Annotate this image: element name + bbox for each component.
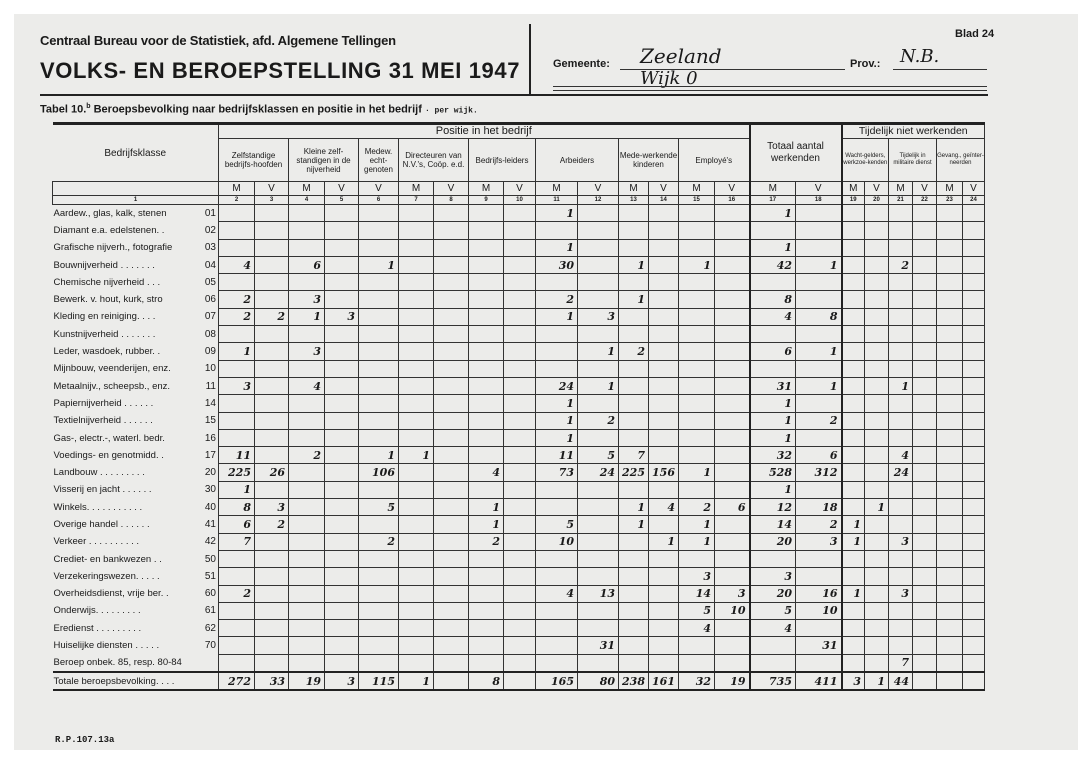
cell-value	[255, 447, 289, 464]
cell-value: 156	[649, 464, 679, 481]
row-code: 03	[205, 242, 216, 253]
cell-value	[219, 568, 255, 585]
row-code: 09	[205, 346, 216, 357]
cell-value: 42	[750, 256, 796, 273]
cell-value	[399, 326, 434, 343]
row-code: 41	[205, 519, 216, 530]
cell-value	[679, 274, 715, 291]
cell-value	[434, 447, 469, 464]
cell-value: 1	[750, 412, 796, 429]
sheet-number: Blad 24	[955, 28, 994, 40]
cell-value	[963, 447, 985, 464]
cell-value	[649, 568, 679, 585]
cell-value	[399, 308, 434, 325]
cell-value	[399, 620, 434, 637]
cell-value	[913, 654, 937, 672]
row-label: Chemische nijverheid . . .05	[53, 274, 219, 291]
cell-value	[865, 429, 889, 446]
column-number: 3	[255, 196, 289, 205]
cell-value	[963, 308, 985, 325]
cell-value	[219, 274, 255, 291]
cell-value: 1	[619, 291, 649, 308]
cell-value: 4	[219, 256, 255, 273]
sex-header: M	[889, 182, 913, 196]
cell-value	[963, 429, 985, 446]
cell-value	[963, 222, 985, 239]
cell-value	[937, 481, 963, 498]
row-code: 40	[205, 502, 216, 513]
cell-value	[325, 274, 359, 291]
cell-value	[715, 326, 750, 343]
row-label-text: Gas-, electr.-, waterl. bedr.	[54, 433, 165, 444]
sex-header: M	[937, 182, 963, 196]
table-row: Bewerk. v. hout, kurk, stro0623218	[53, 291, 985, 308]
cell-value	[289, 222, 325, 239]
cell-value	[842, 360, 865, 377]
cell-value	[619, 533, 649, 550]
cell-value	[434, 637, 469, 654]
cell-value: 1	[842, 533, 865, 550]
cell-value	[715, 291, 750, 308]
cell-value	[715, 481, 750, 498]
cell-value	[289, 637, 325, 654]
cell-value: 1	[359, 256, 399, 273]
cell-value	[255, 637, 289, 654]
cell-value	[536, 550, 578, 567]
cell-value	[504, 274, 536, 291]
row-label: Leder, wasdoek, rubber. .09	[53, 343, 219, 360]
cell-value: 1	[578, 343, 619, 360]
column-number: 2	[219, 196, 255, 205]
cell-value	[578, 533, 619, 550]
table-caption: Tabel 10.b Beroepsbevolking naar bedrijf…	[40, 103, 478, 116]
row-label: Verkeer . . . . . . . . . .42	[53, 533, 219, 550]
cell-value: 2	[469, 533, 504, 550]
cell-value	[399, 274, 434, 291]
cell-value	[889, 568, 913, 585]
row-label: Kunstnijverheid . . . . . . .08	[53, 326, 219, 343]
cell-value	[619, 222, 649, 239]
cell-value: 1	[865, 672, 889, 690]
cell-value: 6	[289, 256, 325, 273]
cell-value	[842, 429, 865, 446]
cell-value: 24	[578, 464, 619, 481]
cell-value	[937, 239, 963, 256]
cell-value: 4	[536, 585, 578, 602]
cell-value	[289, 533, 325, 550]
cell-value	[649, 291, 679, 308]
row-label-text: Eredienst . . . . . . . . .	[54, 623, 142, 634]
cell-value	[255, 360, 289, 377]
cell-value	[469, 602, 504, 619]
cell-value	[715, 533, 750, 550]
cell-value	[715, 464, 750, 481]
cell-value	[325, 205, 359, 222]
cell-value	[504, 568, 536, 585]
cell-value	[649, 620, 679, 637]
cell-value	[889, 222, 913, 239]
form-code: R.P.107.13a	[55, 735, 114, 745]
cell-value	[399, 205, 434, 222]
row-label-text: Grafische nijverh., fotografie	[54, 242, 173, 253]
cell-value	[469, 429, 504, 446]
cell-value	[913, 516, 937, 533]
row-label-text: Voedings- en genotmidd. .	[54, 450, 164, 461]
sex-header: M	[536, 182, 578, 196]
cell-value: 3	[679, 568, 715, 585]
cell-value	[359, 222, 399, 239]
cell-value	[865, 326, 889, 343]
cell-value: 1	[750, 205, 796, 222]
cell-value: 3	[578, 308, 619, 325]
gemeente-field: Zeeland	[640, 44, 722, 68]
cell-value	[865, 239, 889, 256]
cell-value	[255, 256, 289, 273]
cell-value	[578, 516, 619, 533]
cell-value	[504, 239, 536, 256]
cell-value	[434, 585, 469, 602]
cell-value	[715, 377, 750, 394]
cell-value	[289, 550, 325, 567]
cell-value	[913, 585, 937, 602]
cell-value	[325, 412, 359, 429]
cell-value	[865, 533, 889, 550]
row-label-text: Bouwnijverheid . . . . . . .	[54, 260, 155, 271]
cell-value	[469, 205, 504, 222]
cell-value: 8	[750, 291, 796, 308]
column-number: 4	[289, 196, 325, 205]
table-row: Verkeer . . . . . . . . . .4272210112031…	[53, 533, 985, 550]
cell-value	[434, 239, 469, 256]
cell-value	[359, 602, 399, 619]
cell-value	[469, 550, 504, 567]
cell-value	[963, 343, 985, 360]
cell-value	[578, 256, 619, 273]
sex-header: M	[289, 182, 325, 196]
cell-value	[649, 343, 679, 360]
cell-value	[913, 291, 937, 308]
cell-value	[289, 602, 325, 619]
row-code: 17	[205, 450, 216, 461]
cell-value: 1	[536, 412, 578, 429]
cell-value	[865, 291, 889, 308]
cell-value	[679, 205, 715, 222]
column-number: 17	[750, 196, 796, 205]
totaal-header: Totaal aantal werkenden	[750, 124, 842, 182]
cell-value	[649, 412, 679, 429]
cell-value	[889, 343, 913, 360]
niet-werkenden-header: Tijdelijk niet werkenden	[842, 124, 985, 139]
provincie-field: N.B.	[900, 46, 939, 67]
cell-value	[434, 550, 469, 567]
cell-value	[865, 602, 889, 619]
cell-value	[399, 256, 434, 273]
cell-value	[963, 602, 985, 619]
cell-value	[504, 429, 536, 446]
cell-value	[536, 654, 578, 672]
cell-value: 3	[219, 377, 255, 394]
cell-value	[865, 343, 889, 360]
cell-value	[504, 291, 536, 308]
row-code: 62	[205, 623, 216, 634]
cell-value	[359, 481, 399, 498]
cell-value	[796, 568, 842, 585]
cell-value	[359, 654, 399, 672]
cell-value	[325, 291, 359, 308]
cell-value	[889, 602, 913, 619]
cell-value	[842, 654, 865, 672]
table-row: Huiselijke diensten . . . . .703131	[53, 637, 985, 654]
row-code: 14	[205, 398, 216, 409]
cell-value	[937, 256, 963, 273]
cell-value	[842, 464, 865, 481]
table-row: Visserij en jacht . . . . . .3011	[53, 481, 985, 498]
cell-value	[937, 308, 963, 325]
cell-value	[649, 585, 679, 602]
row-label: Kleding en reiniging. . . .07	[53, 308, 219, 325]
cell-value	[325, 222, 359, 239]
cell-value	[399, 360, 434, 377]
row-label-text: Aardew., glas, kalk, stenen	[54, 208, 167, 219]
cell-value	[842, 620, 865, 637]
group-header-bedrijfsleiders: Bedrijfs-leiders	[469, 139, 536, 182]
cell-value	[715, 654, 750, 672]
cell-value	[937, 291, 963, 308]
cell-value: 312	[796, 464, 842, 481]
cell-value	[255, 585, 289, 602]
table-row: Overige handel . . . . . .416215111421	[53, 516, 985, 533]
cell-value: 735	[750, 672, 796, 690]
cell-value: 1	[796, 256, 842, 273]
row-code: 61	[205, 605, 216, 616]
cell-value	[325, 360, 359, 377]
cell-value	[399, 550, 434, 567]
gemeente-label: Gemeente:	[553, 58, 610, 70]
cell-value	[842, 274, 865, 291]
cell-value	[504, 447, 536, 464]
cell-value	[865, 637, 889, 654]
cell-value	[619, 481, 649, 498]
group-header-zelfstandige: Zelfstandige bedrijfs-hoofden	[219, 139, 289, 182]
row-label-text: Huiselijke diensten . . . . .	[54, 640, 160, 651]
cell-value	[913, 274, 937, 291]
cell-value	[963, 239, 985, 256]
cell-value: 1	[219, 481, 255, 498]
cell-value	[913, 377, 937, 394]
column-number: 20	[865, 196, 889, 205]
cell-value	[963, 499, 985, 516]
cell-value	[504, 637, 536, 654]
cell-value	[619, 395, 649, 412]
cell-value	[679, 239, 715, 256]
row-label-text: Textielnijverheid . . . . . .	[54, 415, 153, 426]
cell-value: 26	[255, 464, 289, 481]
cell-value	[796, 481, 842, 498]
cell-value	[750, 222, 796, 239]
cell-value	[963, 395, 985, 412]
table-row: Metaalnijv., scheepsb., enz.11342413111	[53, 377, 985, 394]
row-label-text: Beroep onbek. 85, resp. 80-84	[54, 657, 182, 668]
cell-value	[937, 516, 963, 533]
cell-value	[255, 429, 289, 446]
cell-value	[434, 464, 469, 481]
cell-value	[504, 222, 536, 239]
cell-value: 1	[399, 447, 434, 464]
cell-value	[359, 620, 399, 637]
cell-value: 2	[219, 308, 255, 325]
cell-value	[359, 395, 399, 412]
cell-value	[619, 412, 649, 429]
cell-value: 31	[750, 377, 796, 394]
cell-value	[469, 360, 504, 377]
cell-value	[889, 481, 913, 498]
cell-value	[913, 464, 937, 481]
cell-value: 1	[469, 516, 504, 533]
sex-header: V	[963, 182, 985, 196]
row-label-text: Leder, wasdoek, rubber. .	[54, 346, 161, 357]
row-label-text: Overige handel . . . . . .	[54, 519, 150, 530]
sex-header: M	[750, 182, 796, 196]
cell-value	[937, 654, 963, 672]
cell-value	[842, 550, 865, 567]
cell-value	[937, 637, 963, 654]
cell-value	[255, 620, 289, 637]
cell-value	[469, 447, 504, 464]
cell-value	[325, 533, 359, 550]
cell-value: 18	[796, 499, 842, 516]
cell-value	[219, 395, 255, 412]
cell-value	[578, 550, 619, 567]
cell-value	[937, 568, 963, 585]
row-label: Metaalnijv., scheepsb., enz.11	[53, 377, 219, 394]
group-header-arbeiders: Arbeiders	[536, 139, 619, 182]
cell-value: 7	[219, 533, 255, 550]
cell-value	[469, 343, 504, 360]
form-title: VOLKS- EN BEROEPSTELLING 31 MEI 1947	[40, 58, 520, 84]
row-label: Overheidsdienst, vrije ber. .60	[53, 585, 219, 602]
cell-value	[937, 429, 963, 446]
cell-value	[434, 516, 469, 533]
cell-value: 1	[536, 205, 578, 222]
cell-value	[434, 533, 469, 550]
cell-value	[219, 429, 255, 446]
cell-value	[750, 637, 796, 654]
cell-value	[359, 568, 399, 585]
cell-value: 2	[536, 291, 578, 308]
cell-value	[715, 239, 750, 256]
cell-value	[913, 429, 937, 446]
cell-value	[963, 205, 985, 222]
cell-value	[649, 447, 679, 464]
cell-value	[842, 222, 865, 239]
row-label-text: Crediet- en bankwezen . .	[54, 554, 162, 565]
cell-value	[578, 205, 619, 222]
cell-value	[434, 256, 469, 273]
cell-value	[289, 568, 325, 585]
cell-value	[504, 516, 536, 533]
cell-value	[359, 429, 399, 446]
cell-value	[889, 205, 913, 222]
table-row: Winkels. . . . . . . . . . .408351142612…	[53, 499, 985, 516]
cell-value	[937, 533, 963, 550]
cell-value	[842, 568, 865, 585]
cell-value	[889, 620, 913, 637]
cell-value	[889, 637, 913, 654]
cell-value	[289, 620, 325, 637]
cell-value: 24	[536, 377, 578, 394]
row-code: 07	[205, 311, 216, 322]
cell-value	[536, 343, 578, 360]
cell-value	[889, 516, 913, 533]
cell-value	[937, 343, 963, 360]
sex-header: M	[842, 182, 865, 196]
cell-value	[504, 654, 536, 672]
cell-value	[842, 291, 865, 308]
group-header-kleine-zelfstandigen: Kleine zelf-standigen in de nijverheid	[289, 139, 359, 182]
cell-value	[469, 585, 504, 602]
group-header-employes: Employé's	[679, 139, 750, 182]
row-label-text: Overheidsdienst, vrije ber. .	[54, 588, 169, 599]
cell-value	[619, 602, 649, 619]
cell-value: 1	[679, 464, 715, 481]
cell-value	[750, 274, 796, 291]
cell-value	[359, 291, 399, 308]
cell-value	[649, 395, 679, 412]
column-number: 5	[325, 196, 359, 205]
cell-value	[399, 516, 434, 533]
cell-value	[399, 481, 434, 498]
table-row: Leder, wasdoek, rubber. .09131261	[53, 343, 985, 360]
cell-value	[796, 654, 842, 672]
cell-value	[865, 377, 889, 394]
cell-value: 24	[889, 464, 913, 481]
cell-value	[715, 222, 750, 239]
cell-value	[469, 568, 504, 585]
cell-value	[504, 672, 536, 690]
cell-value	[504, 533, 536, 550]
cell-value	[715, 360, 750, 377]
cell-value	[359, 239, 399, 256]
cell-value	[504, 620, 536, 637]
cell-value	[578, 429, 619, 446]
cell-value	[865, 550, 889, 567]
cell-value	[679, 447, 715, 464]
cell-value	[649, 308, 679, 325]
cell-value	[913, 395, 937, 412]
cell-value	[434, 620, 469, 637]
row-label-text: Kunstnijverheid . . . . . . .	[54, 329, 156, 340]
row-code: 10	[205, 363, 216, 374]
cell-value	[913, 499, 937, 516]
cell-value	[889, 274, 913, 291]
row-label: Verzekeringswezen. . . . .51	[53, 568, 219, 585]
cell-value	[715, 620, 750, 637]
sex-header: V	[578, 182, 619, 196]
provincie-underline	[893, 69, 987, 70]
cell-value: 4	[750, 620, 796, 637]
cell-value: 3	[289, 291, 325, 308]
cell-value	[578, 360, 619, 377]
cell-value	[865, 654, 889, 672]
cell-value	[715, 343, 750, 360]
cell-value	[842, 412, 865, 429]
table-row: Textielnijverheid . . . . . .151212	[53, 412, 985, 429]
cell-value	[842, 637, 865, 654]
row-code: 30	[205, 484, 216, 495]
cell-value	[219, 222, 255, 239]
cell-value	[649, 550, 679, 567]
cell-value	[255, 377, 289, 394]
